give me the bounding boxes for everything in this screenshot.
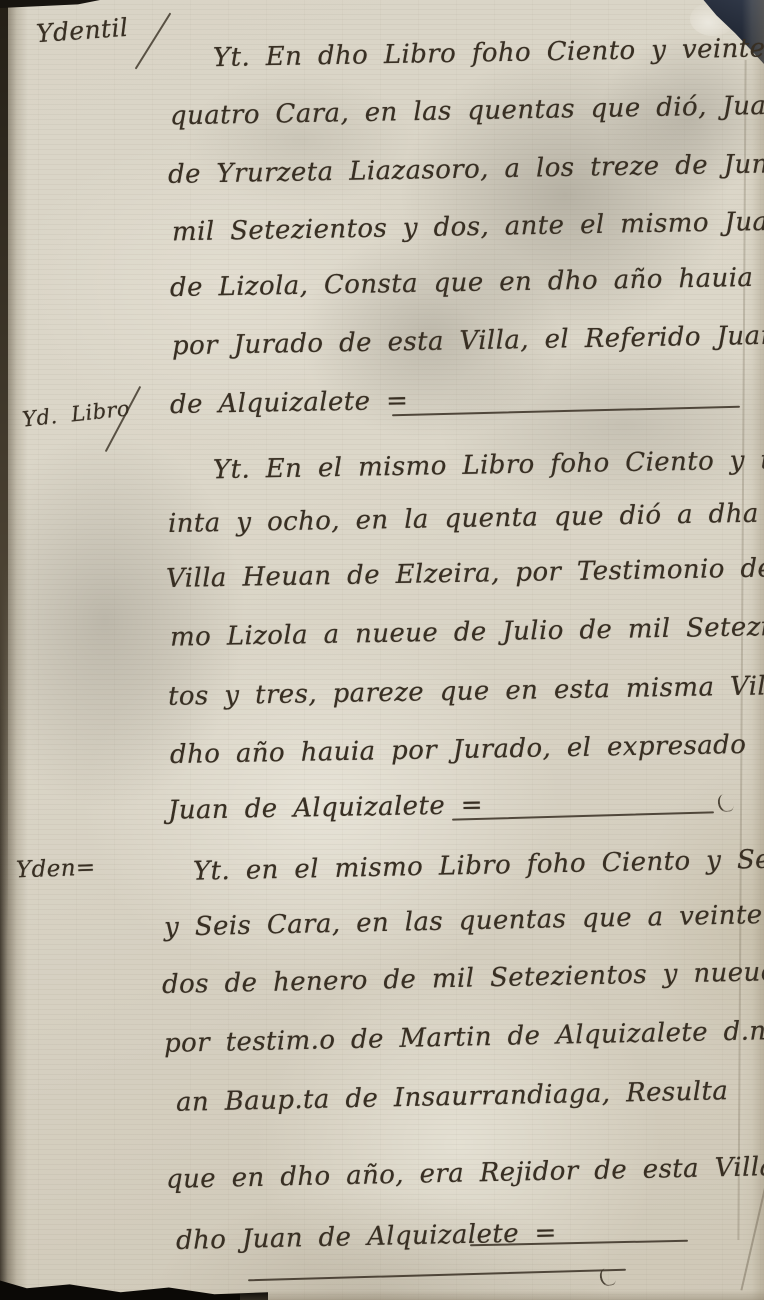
text-line: de Alquizalete =: [170, 386, 409, 420]
margin-note-3: Yden=: [16, 855, 96, 884]
binding-shadow: [0, 0, 8, 936]
manuscript-photo: Ydentil Yd. Libro Yden= Yt. En dho Libro…: [0, 0, 764, 1300]
text-line: Juan de Alquizalete =: [168, 790, 483, 825]
bottom-edge-shadow: [240, 1290, 764, 1300]
